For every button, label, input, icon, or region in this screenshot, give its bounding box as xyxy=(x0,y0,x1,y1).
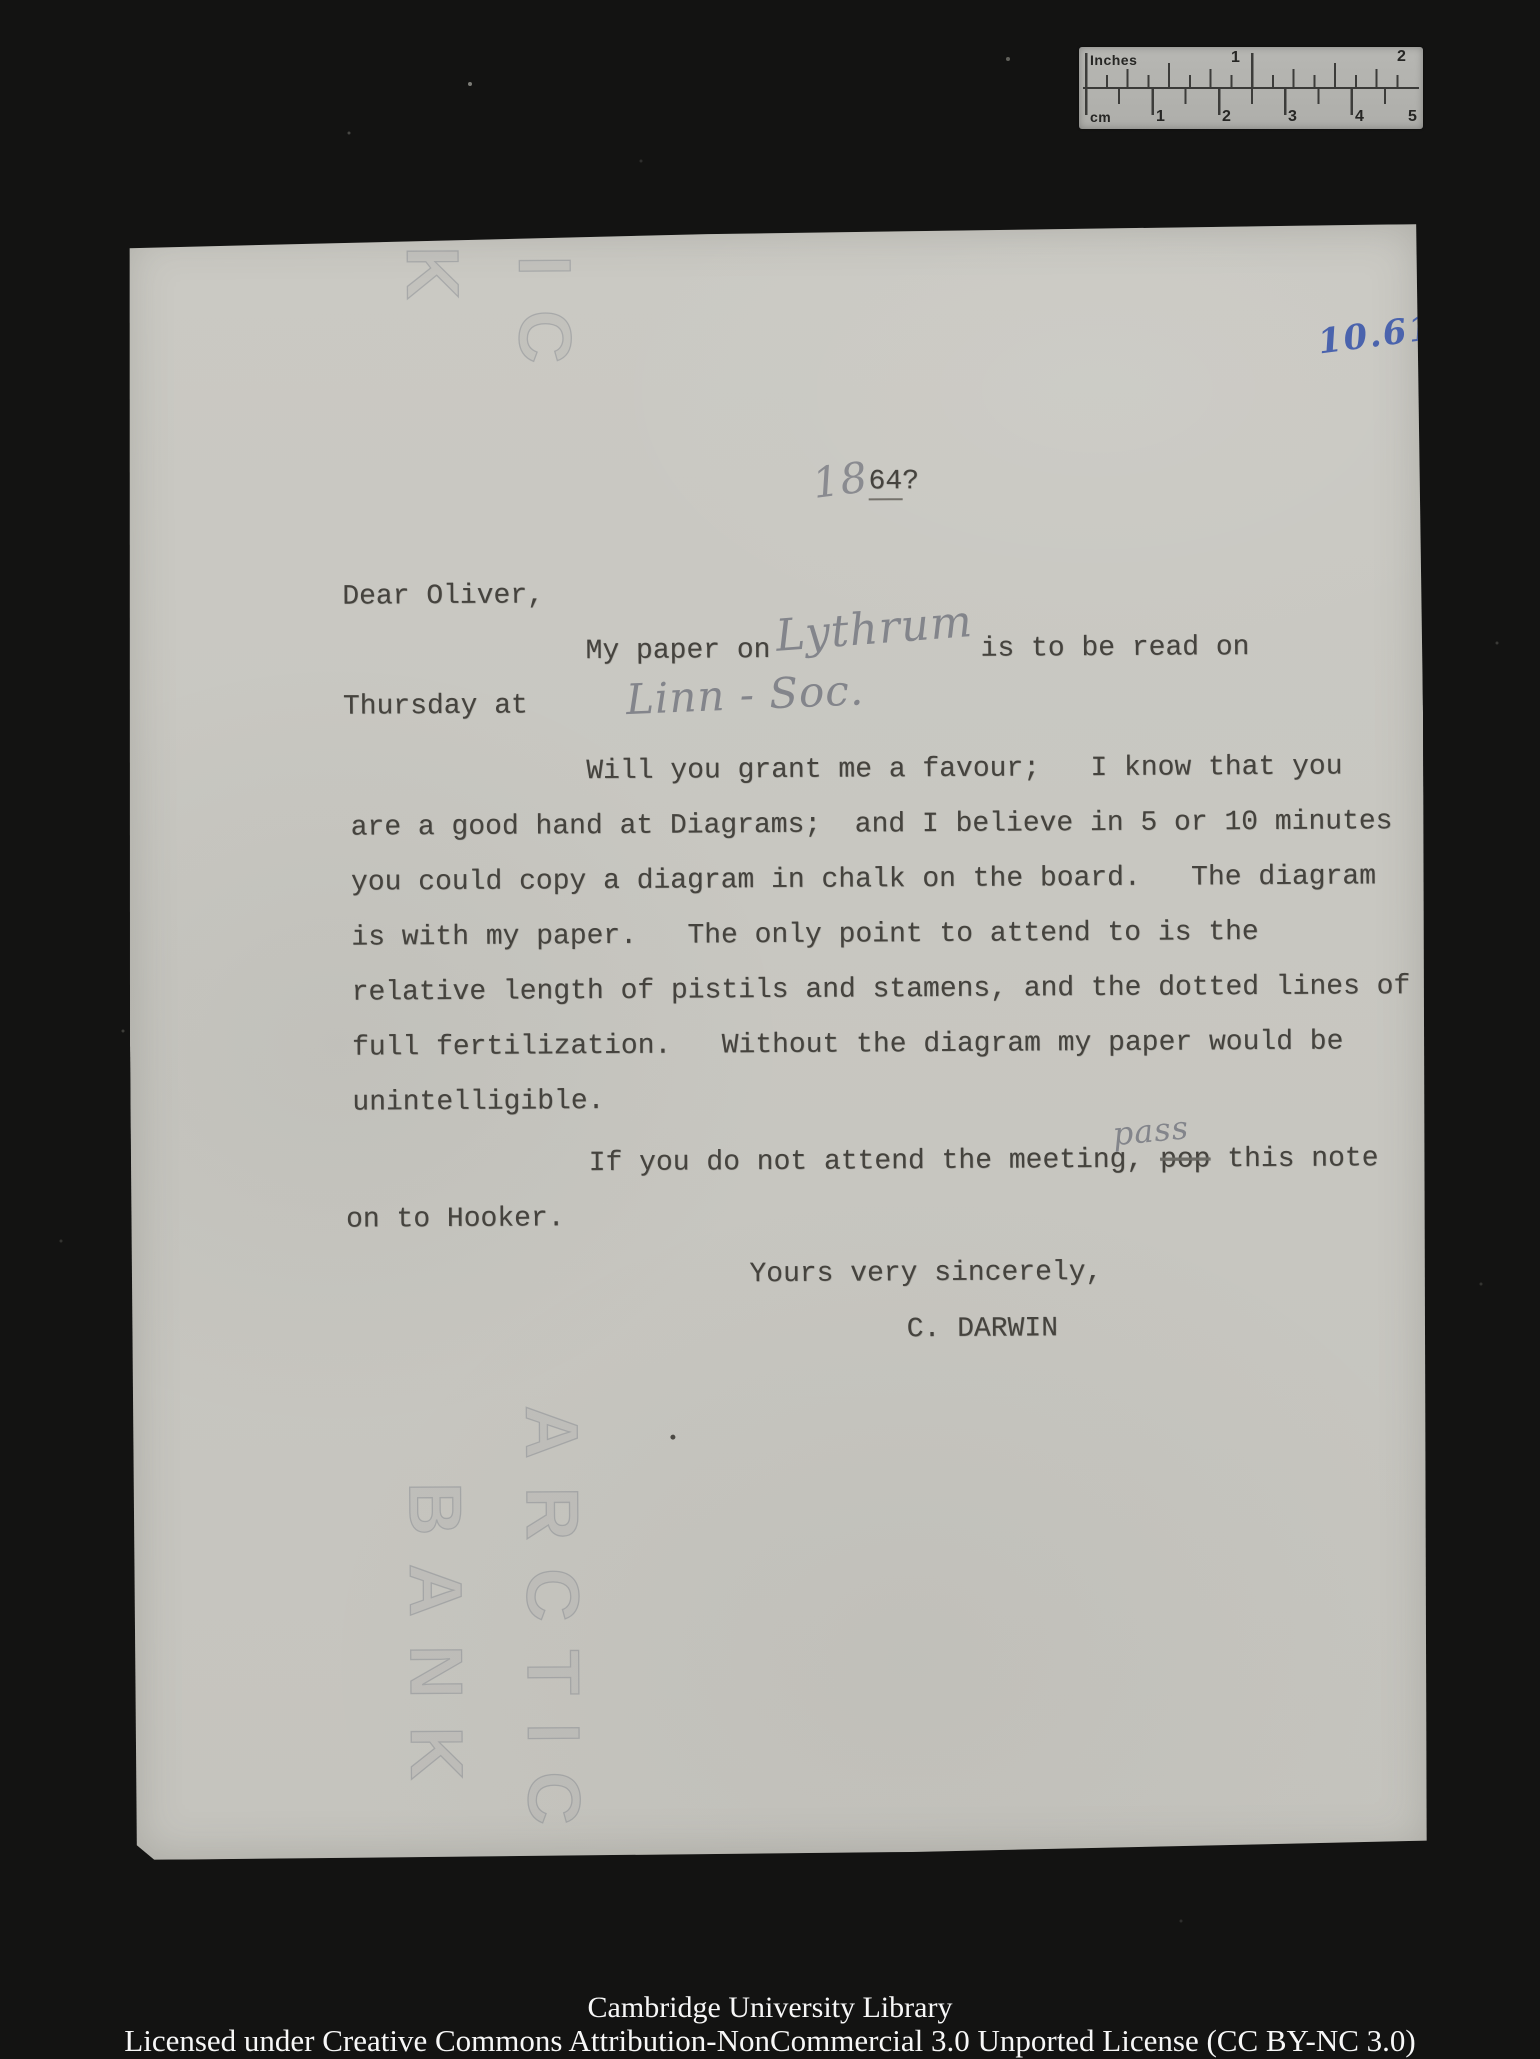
body-line-9: on to Hooker. xyxy=(346,1202,565,1237)
body-line-1: Will you grant me a favour; I know that … xyxy=(586,751,1342,790)
handwritten-linn-soc: Linn - Soc. xyxy=(625,665,865,724)
typed-year-query: ? xyxy=(902,466,919,497)
ruler-cm-number-2: 2 xyxy=(1222,108,1231,126)
salutation: Dear Oliver, xyxy=(342,579,544,614)
ruler: Inches cm 1 2 1 2 3 4 5 xyxy=(1079,47,1423,129)
line-my-paper-on: My paper on xyxy=(586,634,771,669)
body-line-6: full fertilization. Without the diagram … xyxy=(352,1026,1344,1066)
ruler-cm-label: cm xyxy=(1090,109,1111,125)
body-line-7: unintelligible. xyxy=(352,1085,604,1121)
credit-line-library: Cambridge University Library xyxy=(0,1992,1540,2024)
body-line-8: If you do not attend the meeting, pop th… xyxy=(589,1142,1379,1181)
handwritten-year-prefix: 18 xyxy=(810,452,871,508)
watermark-fragment-ic: IC xyxy=(501,255,588,398)
dust-specks xyxy=(0,0,2,2)
ruler-cm-number-3: 3 xyxy=(1288,108,1297,126)
watermark-arctic: ARCTIC xyxy=(508,1405,597,1853)
watermark-bank: BANK xyxy=(392,1482,480,1808)
credit-line-license: Licensed under Creative Commons Attribut… xyxy=(0,2024,1540,2057)
scan-background: Inches cm 1 2 1 2 3 4 5 K IC ARCTIC BANK… xyxy=(0,0,1540,2059)
ruler-inches-label: Inches xyxy=(1090,52,1137,68)
watermark-fragment-k: K xyxy=(389,246,475,328)
typed-year-number: 64 xyxy=(868,466,902,500)
line8-after: this note xyxy=(1210,1143,1378,1175)
body-line-5: relative length of pistils and stamens, … xyxy=(352,970,1411,1010)
ruler-cm-number-5: 5 xyxy=(1408,108,1417,126)
ruler-cm-number-4: 4 xyxy=(1355,108,1364,126)
typed-year: 64? xyxy=(868,465,919,499)
ruler-inch-number-1: 1 xyxy=(1231,49,1240,67)
letter-page: K IC ARCTIC BANK 10.61. 18 64? Dear Oliv… xyxy=(125,224,1430,1860)
signature: C. DARWIN xyxy=(907,1312,1058,1347)
ink-dot xyxy=(670,1435,675,1440)
body-line-4: is with my paper. The only point to atte… xyxy=(351,916,1259,956)
line-thursday-at: Thursday at xyxy=(343,690,528,725)
struck-word-pop: pop xyxy=(1160,1144,1211,1175)
handwritten-lythrum: Lythrum xyxy=(774,596,975,662)
line-is-to-be-read: is to be read on xyxy=(981,631,1250,667)
ruler-cm-number-1: 1 xyxy=(1156,108,1165,126)
closing: Yours very sincerely, xyxy=(749,1256,1102,1292)
body-line-3: you could copy a diagram in chalk on the… xyxy=(351,860,1376,900)
catalog-mark-annotation: 10.61. xyxy=(1316,306,1450,362)
line8-before: If you do not attend the meeting, xyxy=(589,1145,1160,1179)
credit-footer: Cambridge University Library Licensed un… xyxy=(0,1992,1540,2057)
ruler-cm-ticks xyxy=(1085,89,1417,117)
ruler-inch-number-2: 2 xyxy=(1397,48,1406,66)
body-line-2: are a good hand at Diagrams; and I belie… xyxy=(351,805,1393,845)
